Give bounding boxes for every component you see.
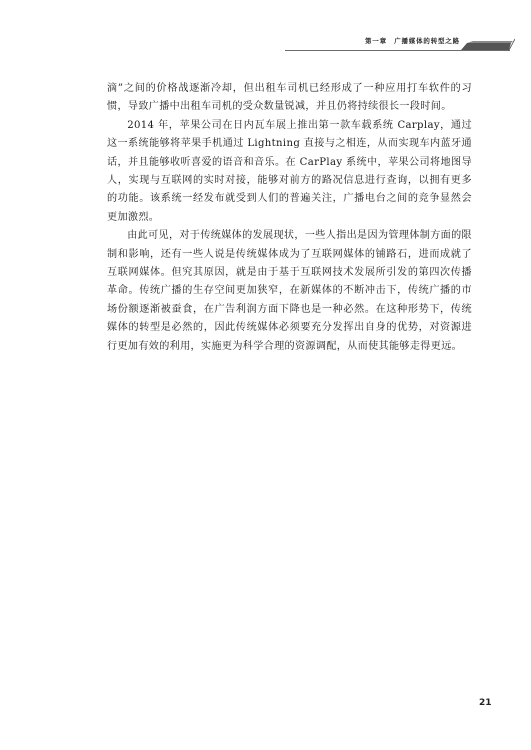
header-decorative-bar: [459, 33, 515, 51]
body-text: 滴”之间的价格战逐渐冷却，但出租车司机已经形成了一种应用打车软件的习惯，导致广播…: [107, 80, 472, 356]
running-header: 第一章 广播媒体的转型之路: [285, 33, 515, 53]
paragraph-conclusion: 由此可见，对于传统媒体的发展现状，一些人指出是因为管理体制方面的限制和影响，还有…: [107, 227, 472, 356]
page-number: 21: [479, 698, 492, 708]
paragraph-continuation: 滴”之间的价格战逐渐冷却，但出租车司机已经形成了一种应用打车软件的习惯，导致广播…: [107, 80, 472, 117]
running-title: 第一章 广播媒体的转型之路: [365, 36, 460, 45]
paragraph-carplay: 2014 年，苹果公司在日内瓦车展上推出第一款车载系统 Carplay，通过这一…: [107, 117, 472, 227]
